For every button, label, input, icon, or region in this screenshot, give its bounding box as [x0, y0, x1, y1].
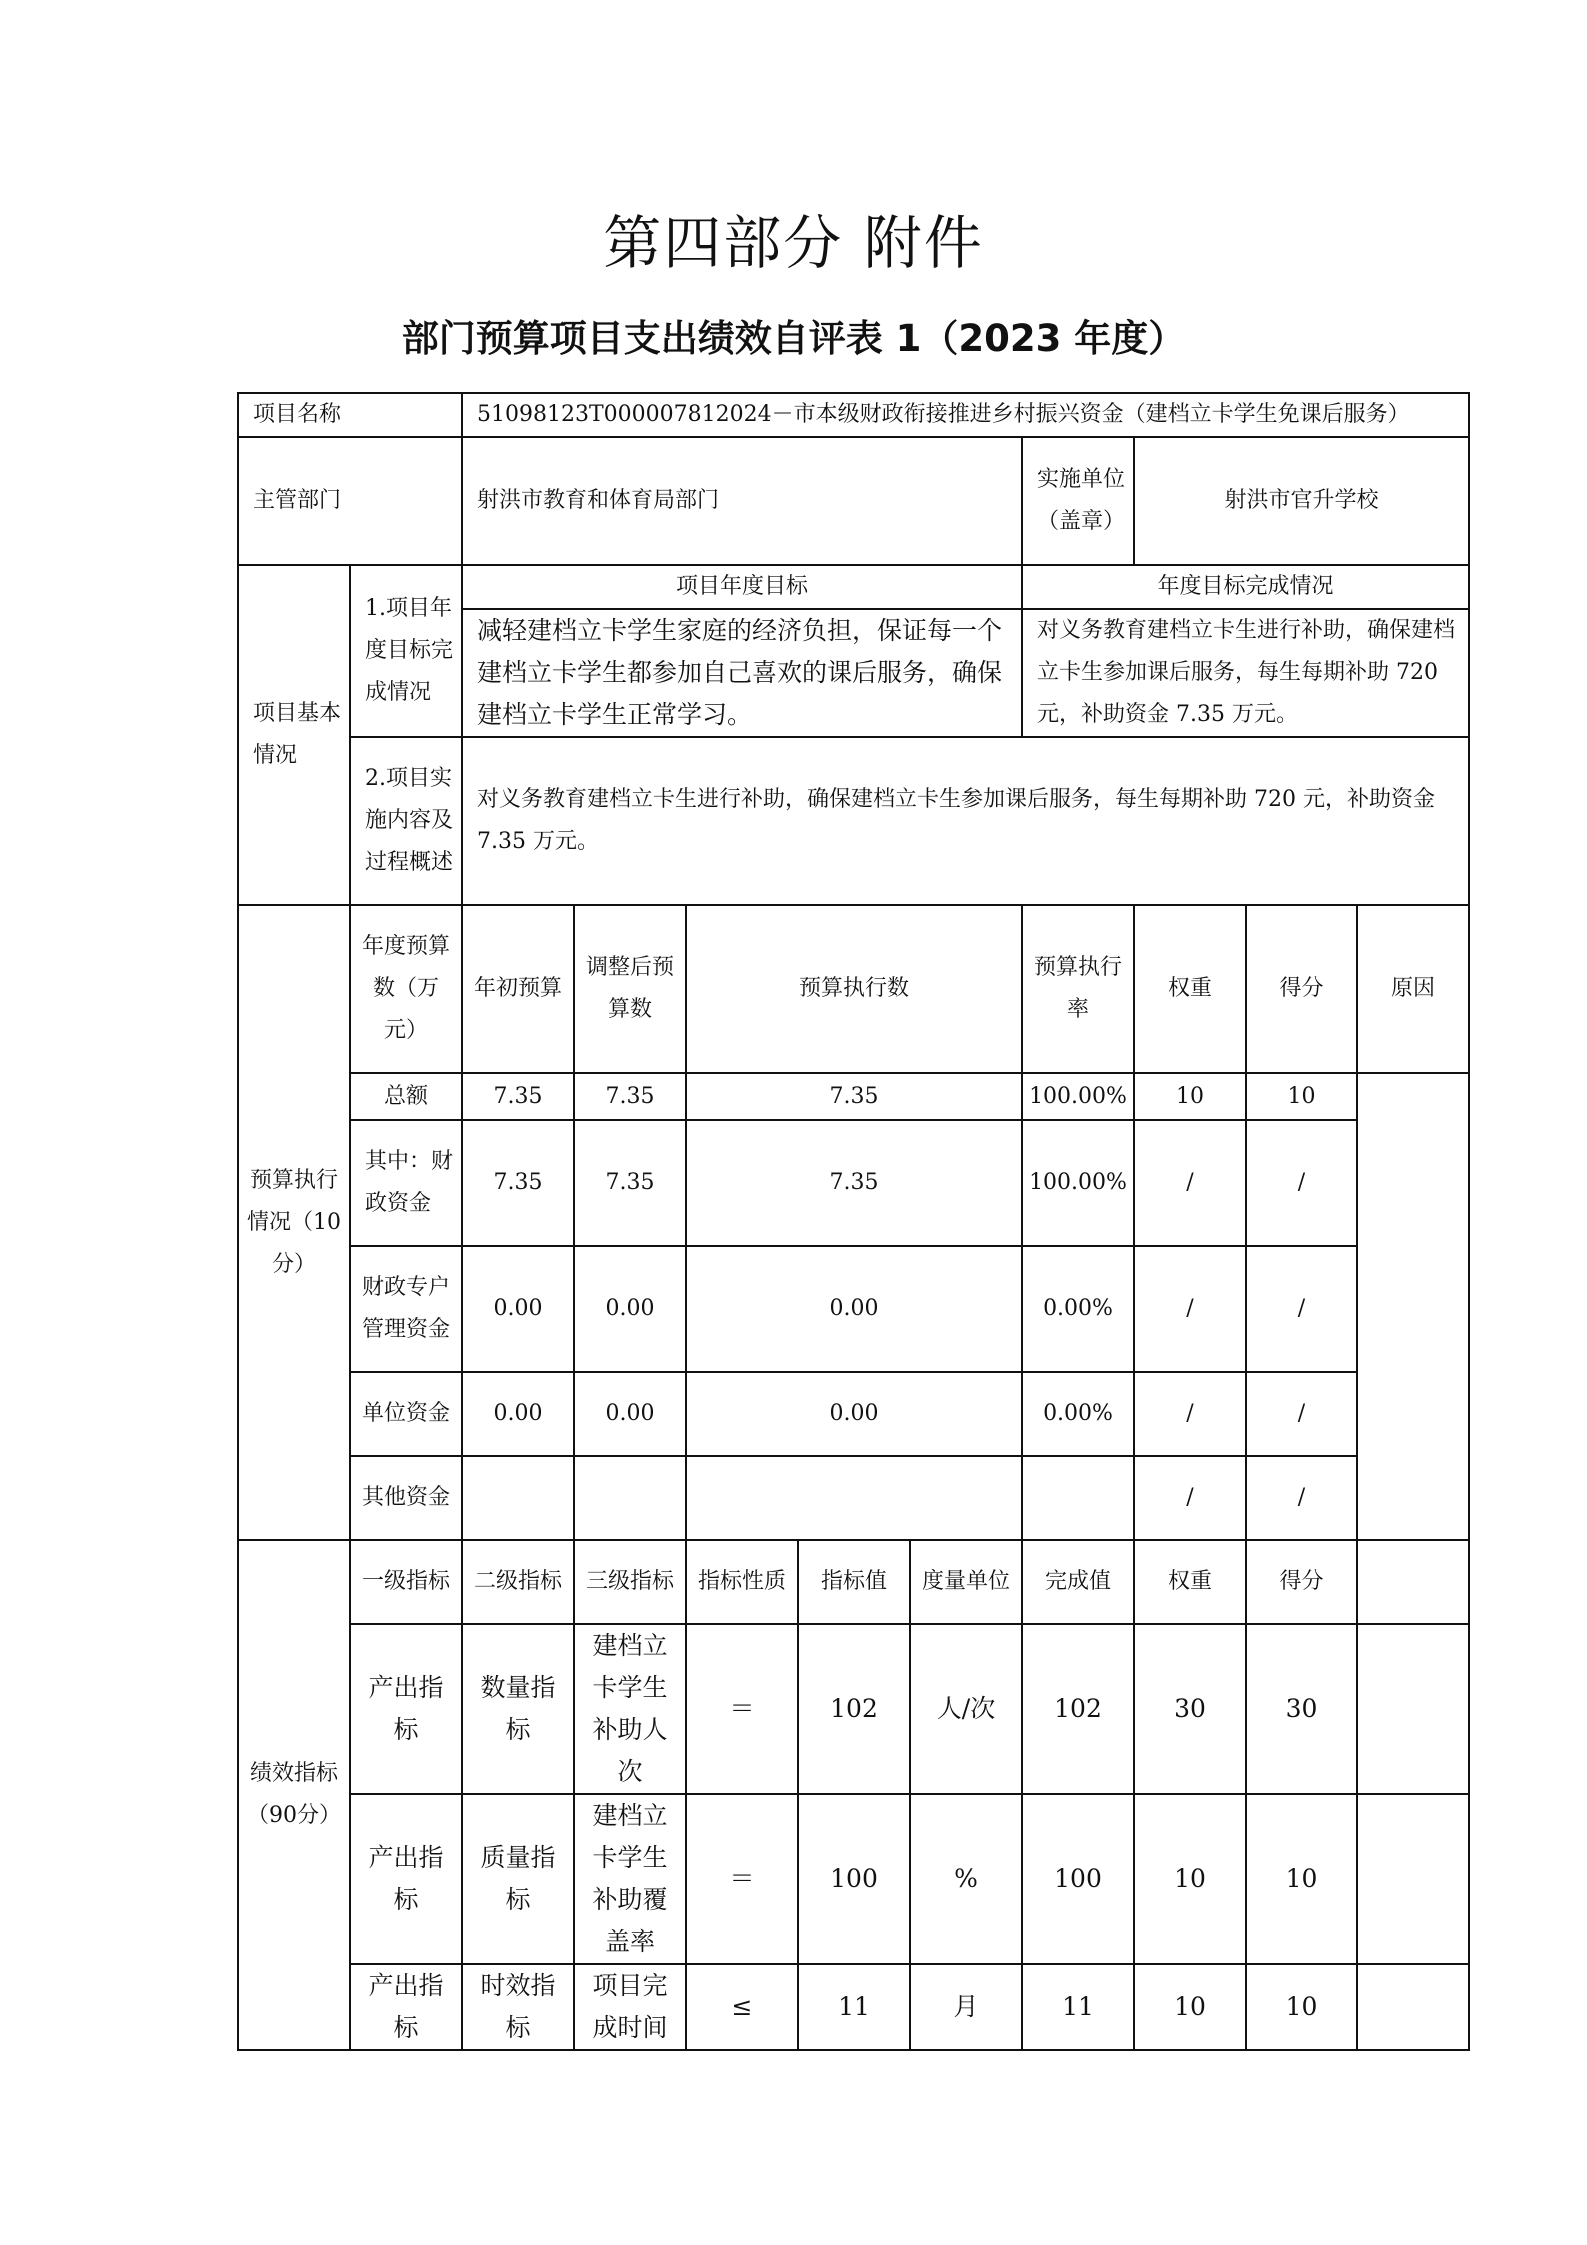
budget-weight: / — [1134, 1120, 1246, 1246]
project-name-value: 51098123T000007812024－市本级财政衔接推进乡村振兴资金（建档… — [462, 393, 1469, 437]
perf-target: 11 — [798, 1964, 910, 2050]
perf-row: 产出指标 质量指标 建档立卡学生补助覆盖率 ＝ 100 % 100 10 10 — [238, 1794, 1469, 1964]
budget-row-label: 财政专户管理资金 — [350, 1246, 462, 1372]
unit-value: 射洪市官升学校 — [1134, 437, 1469, 565]
budget-row-label: 总额 — [350, 1073, 462, 1120]
perf-actual: 11 — [1022, 1964, 1134, 2050]
budget-rate: 0.00% — [1022, 1246, 1134, 1372]
dept-value: 射洪市教育和体育局部门 — [462, 437, 1022, 565]
budget-row: 其他资金 / / — [238, 1456, 1469, 1540]
budget-initial: 7.35 — [462, 1073, 574, 1120]
budget-rate: 100.00% — [1022, 1073, 1134, 1120]
perf-header-row: 绩效指标（90分） 一级指标 二级指标 三级指标 指标性质 指标值 度量单位 完… — [238, 1540, 1469, 1624]
budget-header: 权重 — [1134, 905, 1246, 1073]
budget-executed: 7.35 — [686, 1073, 1022, 1120]
impl-row: 2.项目实施内容及过程概述 对义务教育建档立卡生进行补助，确保建档立卡生参加课后… — [238, 737, 1469, 905]
table-title: 部门预算项目支出绩效自评表 1（2023 年度） — [0, 308, 1587, 362]
budget-adjusted — [574, 1456, 686, 1540]
perf-nature: ＝ — [686, 1794, 798, 1964]
perf-header: 得分 — [1246, 1540, 1357, 1624]
done-col-header: 年度目标完成情况 — [1022, 565, 1469, 609]
perf-reason — [1357, 1624, 1469, 1794]
budget-header: 预算执行率 — [1022, 905, 1134, 1073]
perf-l1: 产出指标 — [350, 1624, 462, 1794]
perf-unit: 人/次 — [910, 1624, 1022, 1794]
budget-adjusted: 0.00 — [574, 1372, 686, 1456]
perf-row: 产出指标 时效指标 项目完成时间 ≤ 11 月 11 10 10 — [238, 1964, 1469, 2050]
perf-l2: 时效指标 — [462, 1964, 574, 2050]
budget-score: / — [1246, 1246, 1357, 1372]
budget-executed: 7.35 — [686, 1120, 1022, 1246]
budget-row: 财政专户管理资金 0.00 0.00 0.00 0.00% / / — [238, 1246, 1469, 1372]
perf-header: 三级指标 — [574, 1540, 686, 1624]
budget-row: 总额 7.35 7.35 7.35 100.00% 10 10 — [238, 1073, 1469, 1120]
part-title: 第四部分 附件 — [0, 196, 1587, 280]
perf-weight: 30 — [1134, 1624, 1246, 1794]
budget-row-label: 其中：财政资金 — [350, 1120, 462, 1246]
budget-row-label: 其他资金 — [350, 1456, 462, 1540]
perf-header: 指标性质 — [686, 1540, 798, 1624]
budget-executed — [686, 1456, 1022, 1540]
perf-l2: 质量指标 — [462, 1794, 574, 1964]
perf-score: 10 — [1246, 1964, 1357, 2050]
perf-row: 产出指标 数量指标 建档立卡学生补助人次 ＝ 102 人/次 102 30 30 — [238, 1624, 1469, 1794]
budget-score: / — [1246, 1372, 1357, 1456]
done-text: 对义务教育建档立卡生进行补助，确保建档立卡生参加课后服务，每生每期补助 720 … — [1022, 609, 1469, 737]
perf-header: 权重 — [1134, 1540, 1246, 1624]
budget-rate: 0.00% — [1022, 1372, 1134, 1456]
perf-reason — [1357, 1794, 1469, 1964]
budget-weight: / — [1134, 1456, 1246, 1540]
budget-header: 调整后预算数 — [574, 905, 686, 1073]
performance-self-evaluation-table: 项目名称 51098123T000007812024－市本级财政衔接推进乡村振兴… — [237, 392, 1470, 2051]
perf-header: 一级指标 — [350, 1540, 462, 1624]
perf-section-label: 绩效指标（90分） — [238, 1540, 350, 2050]
budget-initial — [462, 1456, 574, 1540]
perf-actual: 102 — [1022, 1624, 1134, 1794]
budget-header: 年度预算数（万元） — [350, 905, 462, 1073]
perf-l2: 数量指标 — [462, 1624, 574, 1794]
budget-adjusted: 7.35 — [574, 1073, 686, 1120]
budget-executed: 0.00 — [686, 1372, 1022, 1456]
budget-initial: 0.00 — [462, 1372, 574, 1456]
budget-header: 预算执行数 — [686, 905, 1022, 1073]
goal-text: 减轻建档立卡学生家庭的经济负担，保证每一个建档立卡学生都参加自己喜欢的课后服务，… — [462, 609, 1022, 737]
perf-target: 100 — [798, 1794, 910, 1964]
perf-l1: 产出指标 — [350, 1964, 462, 2050]
perf-weight: 10 — [1134, 1964, 1246, 2050]
project-name-row: 项目名称 51098123T000007812024－市本级财政衔接推进乡村振兴… — [238, 393, 1469, 437]
unit-label: 实施单位（盖章） — [1022, 437, 1134, 565]
perf-unit: % — [910, 1794, 1022, 1964]
perf-header: 二级指标 — [462, 1540, 574, 1624]
perf-header: 完成值 — [1022, 1540, 1134, 1624]
perf-score: 10 — [1246, 1794, 1357, 1964]
budget-adjusted: 7.35 — [574, 1120, 686, 1246]
perf-l3: 建档立卡学生补助覆盖率 — [574, 1794, 686, 1964]
perf-actual: 100 — [1022, 1794, 1134, 1964]
budget-weight: / — [1134, 1372, 1246, 1456]
goal-col-header: 项目年度目标 — [462, 565, 1022, 609]
impl-text: 对义务教育建档立卡生进行补助，确保建档立卡生参加课后服务，每生每期补助 720 … — [462, 737, 1469, 905]
perf-nature: ≤ — [686, 1964, 798, 2050]
impl-label: 2.项目实施内容及过程概述 — [350, 737, 462, 905]
budget-row: 单位资金 0.00 0.00 0.00 0.00% / / — [238, 1372, 1469, 1456]
budget-header: 原因 — [1357, 905, 1469, 1073]
budget-score: / — [1246, 1456, 1357, 1540]
basic-section-label: 项目基本情况 — [238, 565, 350, 905]
budget-row-label: 单位资金 — [350, 1372, 462, 1456]
perf-l3: 建档立卡学生补助人次 — [574, 1624, 686, 1794]
budget-header-row: 预算执行情况（10分） 年度预算数（万元） 年初预算 调整后预算数 预算执行数 … — [238, 905, 1469, 1073]
budget-initial: 7.35 — [462, 1120, 574, 1246]
perf-weight: 10 — [1134, 1794, 1246, 1964]
perf-unit: 月 — [910, 1964, 1022, 2050]
goal-header-row: 项目基本情况 1.项目年度目标完成情况 项目年度目标 年度目标完成情况 — [238, 565, 1469, 609]
goal-label: 1.项目年度目标完成情况 — [350, 565, 462, 737]
budget-header: 年初预算 — [462, 905, 574, 1073]
perf-header: 指标值 — [798, 1540, 910, 1624]
budget-header: 得分 — [1246, 905, 1357, 1073]
perf-header: 度量单位 — [910, 1540, 1022, 1624]
budget-weight: / — [1134, 1246, 1246, 1372]
perf-score: 30 — [1246, 1624, 1357, 1794]
dept-label: 主管部门 — [238, 437, 462, 565]
perf-reason — [1357, 1964, 1469, 2050]
budget-weight: 10 — [1134, 1073, 1246, 1120]
budget-rate: 100.00% — [1022, 1120, 1134, 1246]
perf-l3: 项目完成时间 — [574, 1964, 686, 2050]
budget-score: 10 — [1246, 1073, 1357, 1120]
budget-reason — [1357, 1073, 1469, 1540]
budget-score: / — [1246, 1120, 1357, 1246]
perf-nature: ＝ — [686, 1624, 798, 1794]
budget-adjusted: 0.00 — [574, 1246, 686, 1372]
project-name-label: 项目名称 — [238, 393, 462, 437]
budget-row: 其中：财政资金 7.35 7.35 7.35 100.00% / / — [238, 1120, 1469, 1246]
budget-section-label: 预算执行情况（10分） — [238, 905, 350, 1540]
perf-header — [1357, 1540, 1469, 1624]
perf-target: 102 — [798, 1624, 910, 1794]
department-row: 主管部门 射洪市教育和体育局部门 实施单位（盖章） 射洪市官升学校 — [238, 437, 1469, 565]
budget-executed: 0.00 — [686, 1246, 1022, 1372]
budget-rate — [1022, 1456, 1134, 1540]
budget-initial: 0.00 — [462, 1246, 574, 1372]
perf-l1: 产出指标 — [350, 1794, 462, 1964]
